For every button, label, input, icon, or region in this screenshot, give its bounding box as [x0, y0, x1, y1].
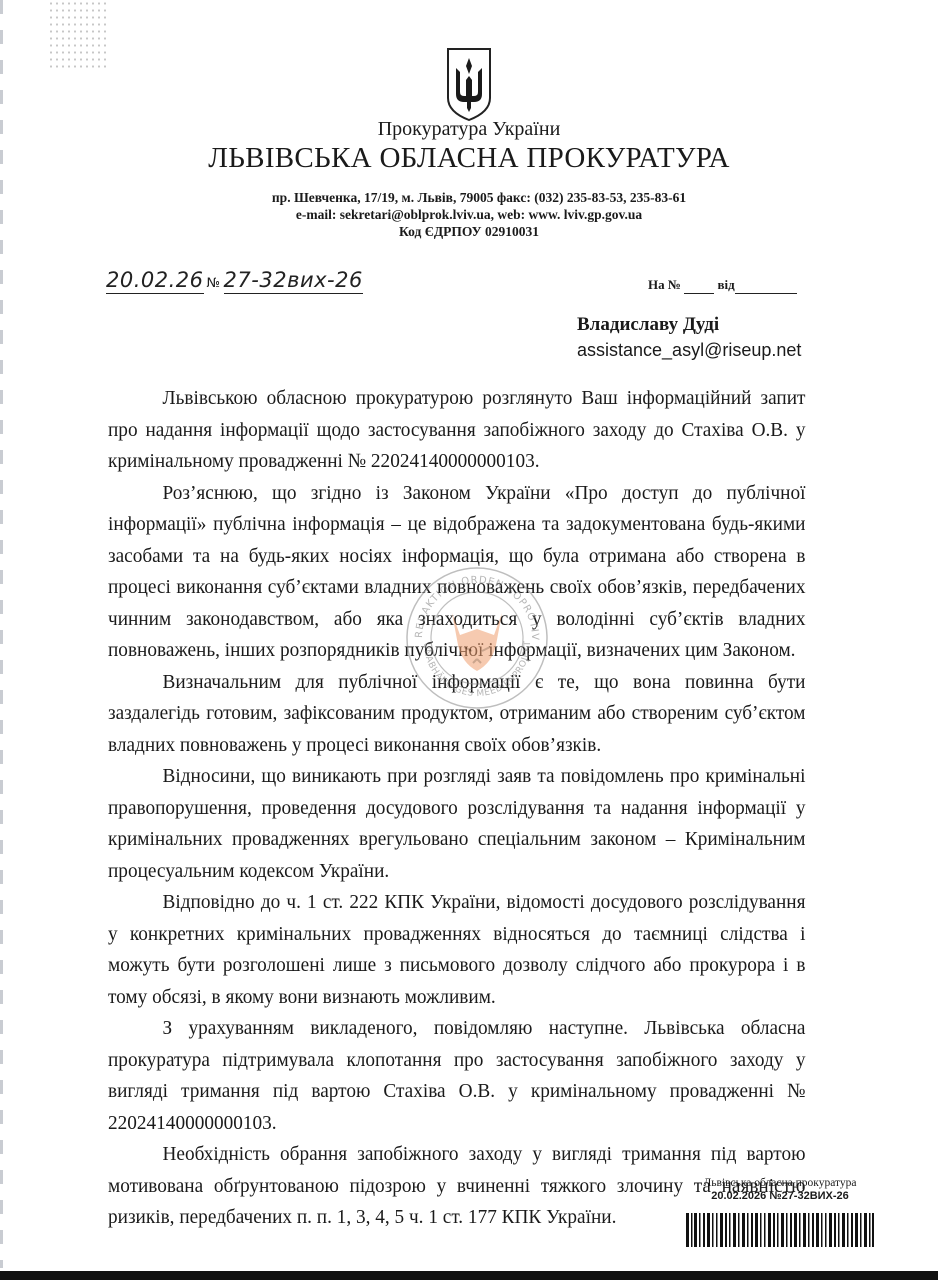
org-code: Код ЄДРПОУ 02910031 — [0, 224, 938, 240]
svg-text:REDAKTION ORDEN SOPROTIVLENIA: REDAKTION ORDEN SOPROTIVLENIA — [402, 563, 540, 641]
registration-date: 20.02.26 — [106, 268, 204, 294]
reference-no-label: На № — [648, 277, 681, 292]
recipient-email: assistance_asyl@riseup.net — [577, 340, 801, 361]
scan-noise — [48, 0, 108, 70]
scan-edge — [0, 0, 3, 1268]
reference-no-blank — [684, 277, 714, 294]
registration-number: 27-32вих-26 — [224, 268, 363, 294]
recipient-block: Владиславу Дуді assistance_asyl@riseup.n… — [577, 314, 801, 361]
recipient-name: Владиславу Дуді — [577, 314, 801, 336]
watermark-text-top: REDAKTION ORDEN SOPROTIVLENIA — [402, 563, 540, 641]
paragraph: Відносини, що виникають при розгляді зая… — [108, 761, 805, 887]
stamp-org: Львівська обласна прокуратура — [680, 1177, 880, 1189]
paragraph: Відповідно до ч. 1 ст. 222 КПК України, … — [108, 887, 805, 1013]
reference-line: На № від — [648, 277, 797, 294]
registration-stamp: Львівська обласна прокуратура 20.02.2026… — [680, 1177, 880, 1202]
org-contacts: e-mail: sekretari@oblprok.lviv.ua, web: … — [0, 207, 938, 223]
barcode-icon — [686, 1213, 874, 1247]
letter-body: Львівською обласною прокуратурою розглян… — [108, 383, 805, 1234]
stamp-reg-number: 20.02.2026 №27-32ВИХ-26 — [680, 1190, 880, 1202]
paragraph: Львівською обласною прокуратурою розглян… — [108, 383, 805, 478]
ukraine-trident-emblem-icon — [445, 46, 493, 122]
watermark-stamp: REDAKTION ORDEN SOPROTIVLENIA UNABHÄNGIG… — [402, 563, 552, 713]
reference-date-blank — [735, 277, 797, 294]
number-sign: № — [207, 276, 221, 291]
document-page: Прокуратура України ЛЬВІВСЬКА ОБЛАСНА ПР… — [0, 0, 938, 1280]
registration-handwritten: 20.02.26№27-32вих-26 — [106, 268, 363, 292]
org-parent-name: Прокуратура України — [0, 118, 938, 141]
scan-bottom-edge — [0, 1271, 938, 1280]
org-address: пр. Шевченка, 17/19, м. Львів, 79005 фак… — [10, 190, 938, 206]
paragraph: З урахуванням викладеного, повідомляю на… — [108, 1013, 805, 1139]
reference-from-label: від — [717, 277, 734, 292]
fox-head-icon — [452, 613, 502, 671]
org-name-heading: ЛЬВІВСЬКА ОБЛАСНА ПРОКУРАТУРА — [0, 142, 938, 175]
